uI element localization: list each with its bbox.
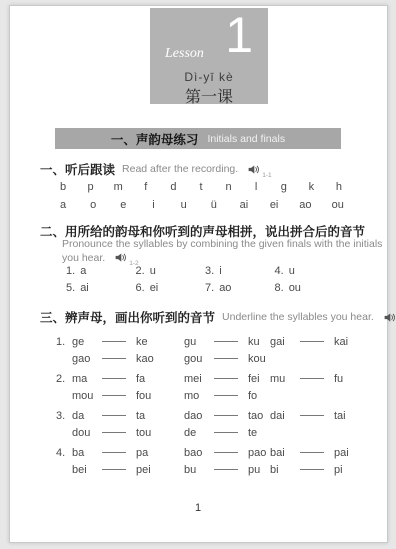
pair-group-4: 4. bapa baopao baipai beipei bupu bipi [56, 444, 360, 478]
syllable: tai [334, 410, 346, 422]
pair-group-3: 3. data daotao daitai doutou dete [56, 407, 360, 441]
syllable: pi [334, 464, 343, 476]
dash-line [214, 415, 238, 416]
syllable: fou [136, 390, 151, 402]
dash-line [102, 341, 126, 342]
exercise1-number: 一、 [40, 160, 65, 178]
initial-letter: b [58, 181, 68, 193]
dash-line [300, 452, 324, 453]
syllable: kai [334, 336, 348, 348]
final-letter: e [118, 199, 128, 211]
numbered-finals-grid: 1.a 2.u 3.i 4.u 5.ai 6.ei 7.ao 8.ou [66, 265, 344, 294]
group-number: 4. [56, 447, 72, 459]
item-number: 8. [275, 282, 284, 294]
dash-line [214, 432, 238, 433]
syllable: pa [136, 447, 148, 459]
final-letter: ei [269, 199, 279, 211]
item-number: 4. [275, 265, 284, 277]
syllable: gao [72, 353, 98, 365]
syllable: fei [248, 373, 260, 385]
initials-row: b p m f d t n l g k h [58, 181, 344, 193]
dash-line [102, 452, 126, 453]
initial-letter: k [306, 181, 316, 193]
syllable-pair: bipi [270, 464, 360, 476]
finals-row: a o e i u ü ai ei ao ou [58, 199, 344, 211]
syllable: mu [270, 373, 296, 385]
dash-line [214, 358, 238, 359]
dash-line [300, 415, 324, 416]
group-number: 1. [56, 336, 72, 348]
speaker-icon [383, 311, 396, 324]
exercise1-heading: 一、 听后跟读 Read after the recording. 1-1 [40, 160, 272, 178]
syllable: kao [136, 353, 154, 365]
item-final: ai [80, 282, 89, 294]
exercise1-title-english: Read after the recording. [122, 163, 238, 175]
syllable: bao [184, 447, 210, 459]
group-number: 3. [56, 410, 72, 422]
syllable: ge [72, 336, 98, 348]
final-item: 3.i [205, 265, 275, 277]
initial-letter: h [334, 181, 344, 193]
initial-letter: p [86, 181, 96, 193]
syllable: mo [184, 390, 210, 402]
syllable-pairs-table: 1. geke guku gaikai gaokao goukou 2. maf… [56, 333, 360, 481]
syllable-pair: meifei [184, 373, 270, 385]
exercise3-title-english: Underline the syllables you hear. [222, 311, 374, 323]
final-item: 2.u [136, 265, 206, 277]
syllable: dou [72, 427, 98, 439]
final-item: 1.a [66, 265, 136, 277]
initial-letter: l [251, 181, 261, 193]
syllable-pair: mafa [72, 373, 184, 385]
item-final: u [150, 265, 156, 277]
syllable-pair: bupu [184, 464, 270, 476]
dash-line [214, 395, 238, 396]
syllable-pair: doutou [72, 427, 184, 439]
audio-indicator: 1-3 [383, 311, 396, 324]
syllable: fu [334, 373, 343, 385]
pair-group-1: 1. geke guku gaikai gaokao goukou [56, 333, 360, 367]
lesson-number: 1 [225, 10, 253, 60]
final-item: 6.ei [136, 282, 206, 294]
syllable: dai [270, 410, 296, 422]
final-letter: i [148, 199, 158, 211]
final-letter: ü [209, 199, 219, 211]
exercise3-title-chinese: 辨声母，画出你听到的音节 [65, 308, 215, 326]
dash-line [214, 452, 238, 453]
exercise2-instruction-line1: Pronounce the syllables by combining the… [62, 238, 382, 250]
lesson-header-box: Lesson 1 Dì-yī kè 第一课 [150, 8, 268, 104]
syllable-pair: guku [184, 336, 270, 348]
pair-row: gaokao goukou [56, 350, 360, 367]
item-final: a [80, 265, 86, 277]
syllable: bi [270, 464, 296, 476]
syllable: bu [184, 464, 210, 476]
final-item: 7.ao [205, 282, 275, 294]
section-bar: 一、声韵母练习 Initials and finals [55, 128, 341, 149]
syllable-pair: beipei [72, 464, 184, 476]
speaker-icon [247, 163, 260, 176]
dash-line [102, 395, 126, 396]
syllable: pai [334, 447, 349, 459]
syllable: fa [136, 373, 145, 385]
pair-row: doutou dete [56, 424, 360, 441]
final-letter: o [88, 199, 98, 211]
syllable-pair: moufou [72, 390, 184, 402]
speaker-icon [114, 251, 127, 264]
exercise2-instruction-line2: you hear. 1-2 [62, 251, 139, 264]
item-final: ou [289, 282, 301, 294]
syllable: ku [248, 336, 260, 348]
dash-line [102, 432, 126, 433]
section-title-chinese: 一、声韵母练习 [111, 130, 199, 148]
dash-line [214, 469, 238, 470]
syllable-pair: gaokao [72, 353, 184, 365]
item-number: 5. [66, 282, 75, 294]
dash-line [214, 378, 238, 379]
initial-letter: f [141, 181, 151, 193]
item-number: 2. [136, 265, 145, 277]
initial-letter: n [224, 181, 234, 193]
syllable: da [72, 410, 98, 422]
pair-row: 3. data daotao daitai [56, 407, 360, 424]
syllable: ba [72, 447, 98, 459]
exercise3-heading: 三、 辨声母，画出你听到的音节 Underline the syllables … [40, 308, 396, 326]
syllable: gu [184, 336, 210, 348]
item-number: 6. [136, 282, 145, 294]
initial-letter: t [196, 181, 206, 193]
syllable: pu [248, 464, 260, 476]
pair-group-2: 2. mafa meifei mufu moufou mofo [56, 370, 360, 404]
syllable: mou [72, 390, 98, 402]
syllable: ma [72, 373, 98, 385]
pair-row: 1. geke guku gaikai [56, 333, 360, 350]
syllable: pei [136, 464, 151, 476]
syllable: te [248, 427, 257, 439]
syllable-pair: goukou [184, 353, 270, 365]
dash-line [102, 378, 126, 379]
syllable-pair: gaikai [270, 336, 360, 348]
syllable-pair: baipai [270, 447, 360, 459]
syllable: bei [72, 464, 98, 476]
syllable: de [184, 427, 210, 439]
final-letter: ai [239, 199, 249, 211]
exercise2-instruction-text: you hear. [62, 252, 105, 264]
syllable-pair: mufu [270, 373, 360, 385]
syllable: fo [248, 390, 257, 402]
syllable: ke [136, 336, 148, 348]
dash-line [102, 415, 126, 416]
pair-row: moufou mofo [56, 387, 360, 404]
syllable-pair: geke [72, 336, 184, 348]
item-number: 3. [205, 265, 214, 277]
dash-line [300, 469, 324, 470]
syllable: gai [270, 336, 296, 348]
final-letter: ao [299, 199, 311, 211]
final-letter: u [179, 199, 189, 211]
syllable-pair: bapa [72, 447, 184, 459]
syllable: kou [248, 353, 266, 365]
final-item: 4.u [275, 265, 345, 277]
syllable-pair: dete [184, 427, 270, 439]
audio-indicator: 1-2 [114, 251, 138, 264]
dash-line [214, 341, 238, 342]
final-letter: ou [332, 199, 344, 211]
syllable-pair: baopao [184, 447, 270, 459]
audio-track-number: 1-1 [262, 172, 271, 179]
page-number: 1 [0, 502, 396, 514]
dash-line [300, 341, 324, 342]
pair-row: 2. mafa meifei mufu [56, 370, 360, 387]
syllable-pair: mofo [184, 390, 270, 402]
item-final: u [289, 265, 295, 277]
dash-line [300, 378, 324, 379]
syllable: ta [136, 410, 145, 422]
item-number: 1. [66, 265, 75, 277]
dash-line [102, 358, 126, 359]
pair-row: 4. bapa baopao baipai [56, 444, 360, 461]
syllable: tou [136, 427, 151, 439]
lesson-title-pinyin: Dì-yī kè [150, 70, 268, 84]
final-letter: a [58, 199, 68, 211]
section-title-english: Initials and finals [207, 133, 285, 145]
dash-line [102, 469, 126, 470]
lesson-label: Lesson [165, 46, 204, 62]
initial-letter: m [113, 181, 123, 193]
syllable: mei [184, 373, 210, 385]
syllable: dao [184, 410, 210, 422]
item-final: i [219, 265, 221, 277]
exercise1-title-chinese: 听后跟读 [65, 160, 115, 178]
group-number: 2. [56, 373, 72, 385]
syllable: pao [248, 447, 266, 459]
syllable: gou [184, 353, 210, 365]
syllable-pair: daotao [184, 410, 270, 422]
item-final: ei [150, 282, 159, 294]
exercise3-number: 三、 [40, 308, 65, 326]
audio-indicator: 1-1 [247, 163, 271, 176]
pair-row: beipei bupu bipi [56, 461, 360, 478]
syllable-pair: daitai [270, 410, 360, 422]
syllable-pair: data [72, 410, 184, 422]
final-item: 5.ai [66, 282, 136, 294]
item-number: 7. [205, 282, 214, 294]
textbook-page-scan: Lesson 1 Dì-yī kè 第一课 一、声韵母练习 Initials a… [0, 0, 396, 549]
syllable: bai [270, 447, 296, 459]
syllable: tao [248, 410, 263, 422]
final-item: 8.ou [275, 282, 345, 294]
initial-letter: d [168, 181, 178, 193]
initial-letter: g [279, 181, 289, 193]
item-final: ao [219, 282, 231, 294]
lesson-title-chinese: 第一课 [150, 84, 268, 107]
